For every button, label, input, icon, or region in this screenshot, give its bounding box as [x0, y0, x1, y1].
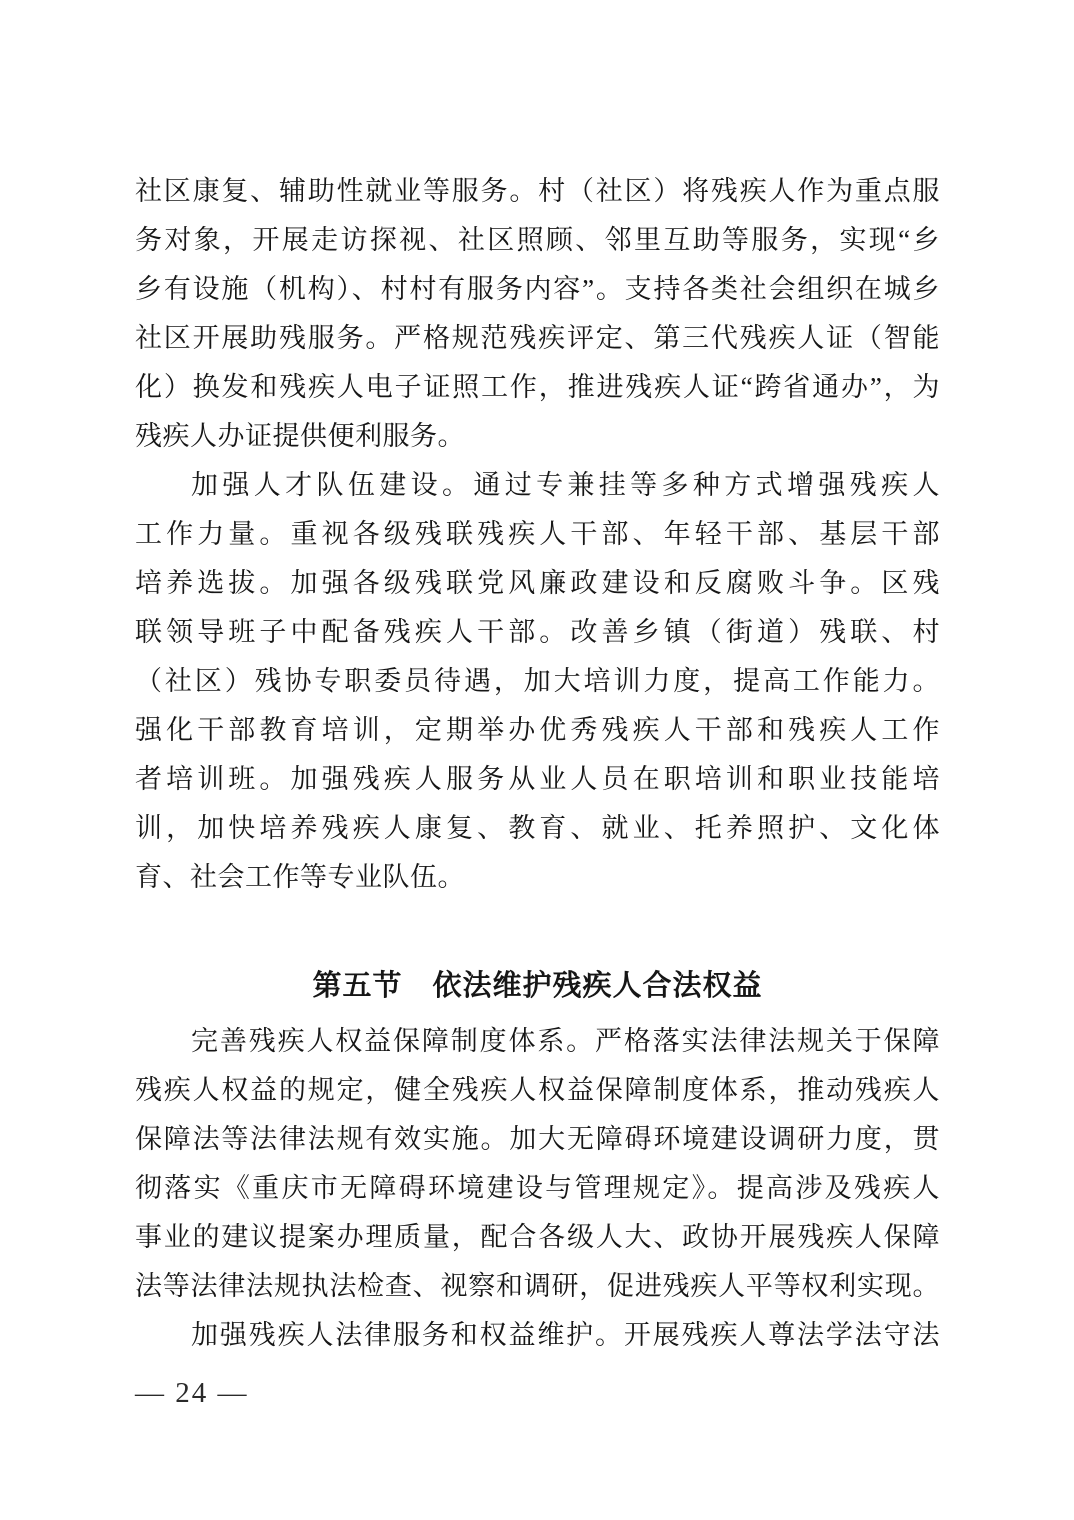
text-line: 法等法律法规执法检查、视察和调研，促进残疾人平等权利实现。: [135, 1262, 940, 1311]
body-paragraph-2: 加强人才队伍建设。通过专兼挂等多种方式增强残疾人 工作力量。重视各级残联残疾人干…: [135, 461, 940, 902]
text-line: 化）换发和残疾人电子证照工作，推进残疾人证“跨省通办”，为: [135, 363, 940, 412]
text-line: 加强残疾人法律服务和权益维护。开展残疾人尊法学法守法: [135, 1311, 940, 1360]
body-paragraph-3: 完善残疾人权益保障制度体系。严格落实法律法规关于保障 残疾人权益的规定，健全残疾…: [135, 1017, 940, 1311]
section-heading: 第五节 依法维护残疾人合法权益: [135, 962, 940, 1011]
text-line: 保障法等法律法规有效实施。加大无障碍环境建设调研力度，贯: [135, 1115, 940, 1164]
text-line: （社区）残协专职委员待遇，加大培训力度，提高工作能力。: [135, 657, 940, 706]
text-line: 育、社会工作等专业队伍。: [135, 853, 940, 902]
text-line: 社区开展助残服务。严格规范残疾评定、第三代残疾人证（智能: [135, 314, 940, 363]
text-line: 联领导班子中配备残疾人干部。改善乡镇（街道）残联、村: [135, 608, 940, 657]
text-line: 者培训班。加强残疾人服务从业人员在职培训和职业技能培: [135, 755, 940, 804]
text-line: 加强人才队伍建设。通过专兼挂等多种方式增强残疾人: [135, 461, 940, 510]
text-line: 彻落实《重庆市无障碍环境建设与管理规定》。提高涉及残疾人: [135, 1164, 940, 1213]
text-line: 培养选拔。加强各级残联党风廉政建设和反腐败斗争。区残: [135, 559, 940, 608]
text-line: 残疾人权益的规定，健全残疾人权益保障制度体系，推动残疾人: [135, 1066, 940, 1115]
text-line: 工作力量。重视各级残联残疾人干部、年轻干部、基层干部: [135, 510, 940, 559]
text-line: 训，加快培养残疾人康复、教育、就业、托养照护、文化体: [135, 804, 940, 853]
text-line: 强化干部教育培训，定期举办优秀残疾人干部和残疾人工作: [135, 706, 940, 755]
body-paragraph-1: 社区康复、辅助性就业等服务。村（社区）将残疾人作为重点服 务对象，开展走访探视、…: [135, 167, 940, 461]
text-line: 社区康复、辅助性就业等服务。村（社区）将残疾人作为重点服: [135, 167, 940, 216]
page-content: 社区康复、辅助性就业等服务。村（社区）将残疾人作为重点服 务对象，开展走访探视、…: [135, 167, 940, 1360]
text-line: 完善残疾人权益保障制度体系。严格落实法律法规关于保障: [135, 1017, 940, 1066]
text-line: 乡有设施（机构）、村村有服务内容”。支持各类社会组织在城乡: [135, 265, 940, 314]
text-line: 事业的建议提案办理质量，配合各级人大、政协开展残疾人保障: [135, 1213, 940, 1262]
text-line: 残疾人办证提供便利服务。: [135, 412, 940, 461]
document-page: 社区康复、辅助性就业等服务。村（社区）将残疾人作为重点服 务对象，开展走访探视、…: [0, 0, 1074, 1520]
page-number: — 24 —: [135, 1372, 249, 1414]
text-line: 务对象，开展走访探视、社区照顾、邻里互助等服务，实现“乡: [135, 216, 940, 265]
body-paragraph-4: 加强残疾人法律服务和权益维护。开展残疾人尊法学法守法: [135, 1311, 940, 1360]
